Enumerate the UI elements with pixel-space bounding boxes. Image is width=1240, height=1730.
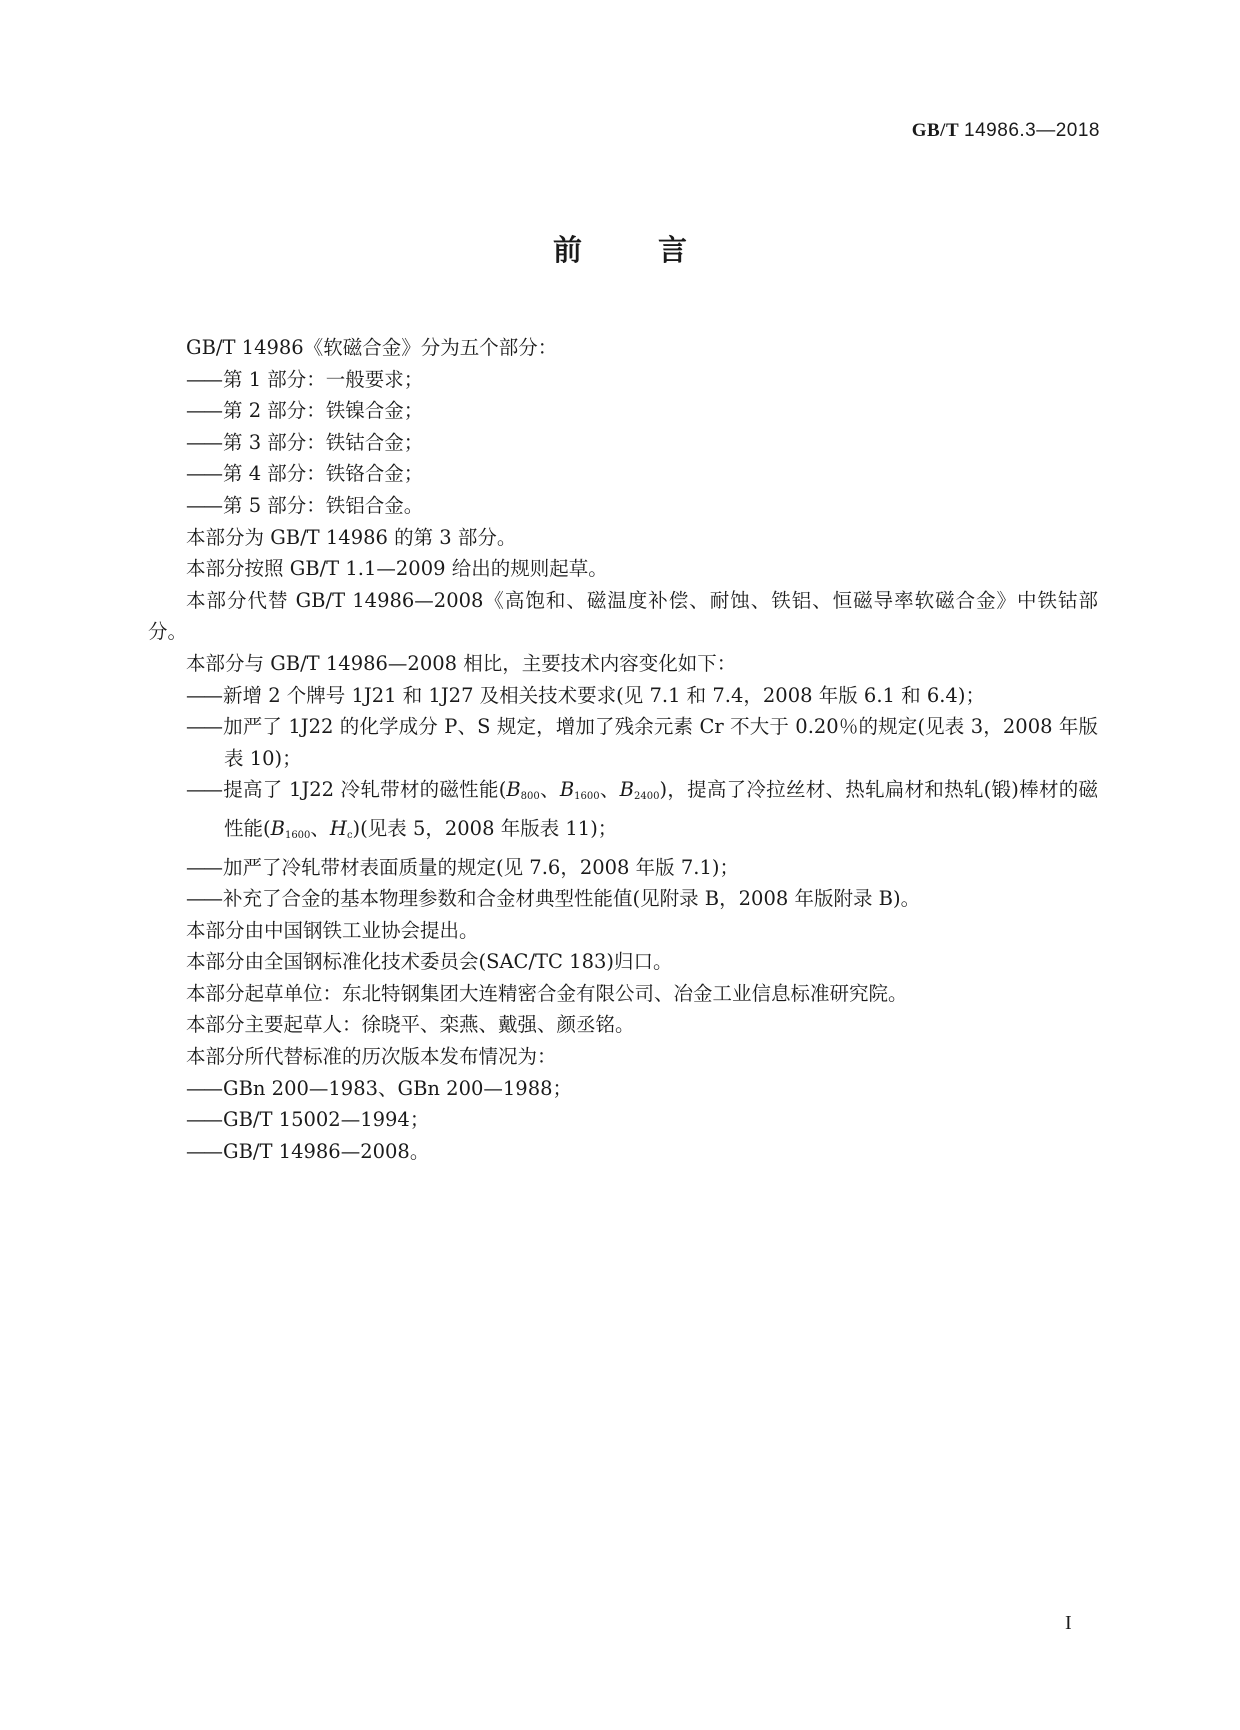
symbol: B [271, 817, 285, 840]
list-item: GB/T 14986—2008。 [148, 1136, 1098, 1168]
paragraph: 本部分所代替标准的历次版本发布情况为： [148, 1041, 1098, 1073]
subscript: 2400 [634, 791, 659, 802]
list-item: GB/T 15002—1994； [148, 1104, 1098, 1136]
paragraph: 本部分与 GB/T 14986—2008 相比，主要技术内容变化如下： [148, 648, 1098, 680]
text-run: 提高了 1J22 冷轧带材的磁性能( [223, 778, 506, 801]
standard-number: 14986.3—2018 [964, 120, 1100, 141]
paragraph: 本部分按照 GB/T 1.1—2009 给出的规则起草。 [148, 553, 1098, 585]
text-run: 、 [600, 778, 620, 801]
paragraph: 本部分由中国钢铁工业协会提出。 [148, 915, 1098, 947]
list-item: 第 5 部分：铁铝合金。 [148, 490, 1098, 522]
subscript: 800 [521, 791, 540, 802]
foreword-body: GB/T 14986《软磁合金》分为五个部分： 第 1 部分：一般要求； 第 2… [148, 332, 1098, 1167]
paragraph: 本部分代替 GB/T 14986—2008《高饱和、磁温度补偿、耐蚀、铁铝、恒磁… [148, 585, 1098, 648]
list-item-magnetic: 提高了 1J22 冷轧带材的磁性能(B800、B1600、B2400)，提高了冷… [148, 774, 1098, 851]
paragraph: 本部分起草单位：东北特钢集团大连精密合金有限公司、冶金工业信息标准研究院。 [148, 978, 1098, 1010]
title-char: 前 [553, 228, 582, 269]
paragraph: 本部分主要起草人：徐晓平、栾燕、戴强、颜丞铭。 [148, 1009, 1098, 1041]
list-item: 第 4 部分：铁铬合金； [148, 458, 1098, 490]
standard-code: GB/T 14986.3—2018 [912, 120, 1100, 142]
paragraph: 本部分为 GB/T 14986 的第 3 部分。 [148, 522, 1098, 554]
list-item: 第 2 部分：铁镍合金； [148, 395, 1098, 427]
title-char: 言 [658, 228, 687, 269]
page-number: I [1065, 1612, 1072, 1635]
list-item: 补充了合金的基本物理参数和合金材典型性能值(见附录 B，2008 年版附录 B)… [148, 883, 1098, 915]
symbol: B [620, 778, 634, 801]
standard-prefix: GB/T [912, 120, 959, 141]
symbol: B [560, 778, 574, 801]
list-item: 加严了冷轧带材表面质量的规定(见 7.6，2008 年版 7.1)； [148, 852, 1098, 884]
text-run: 、 [540, 778, 560, 801]
list-item: 第 1 部分：一般要求； [148, 364, 1098, 396]
list-item: 第 3 部分：铁钴合金； [148, 427, 1098, 459]
list-item: 新增 2 个牌号 1J21 和 1J27 及相关技术要求(见 7.1 和 7.4… [148, 680, 1098, 712]
paragraph: GB/T 14986《软磁合金》分为五个部分： [148, 332, 1098, 364]
symbol: H [330, 817, 347, 840]
text-run: )(见表 5，2008 年版表 11)； [353, 817, 618, 840]
symbol: B [506, 778, 520, 801]
text-run: 、 [310, 817, 330, 840]
subscript: 1600 [574, 791, 599, 802]
paragraph: 本部分由全国钢标准化技术委员会(SAC/TC 183)归口。 [148, 946, 1098, 978]
page-title: 前言 [0, 228, 1240, 269]
list-item: GBn 200—1983、GBn 200—1988； [148, 1073, 1098, 1105]
subscript: 1600 [285, 830, 310, 841]
list-item: 加严了 1J22 的化学成分 P、S 规定，增加了残余元素 Cr 不大于 0.2… [148, 711, 1098, 774]
